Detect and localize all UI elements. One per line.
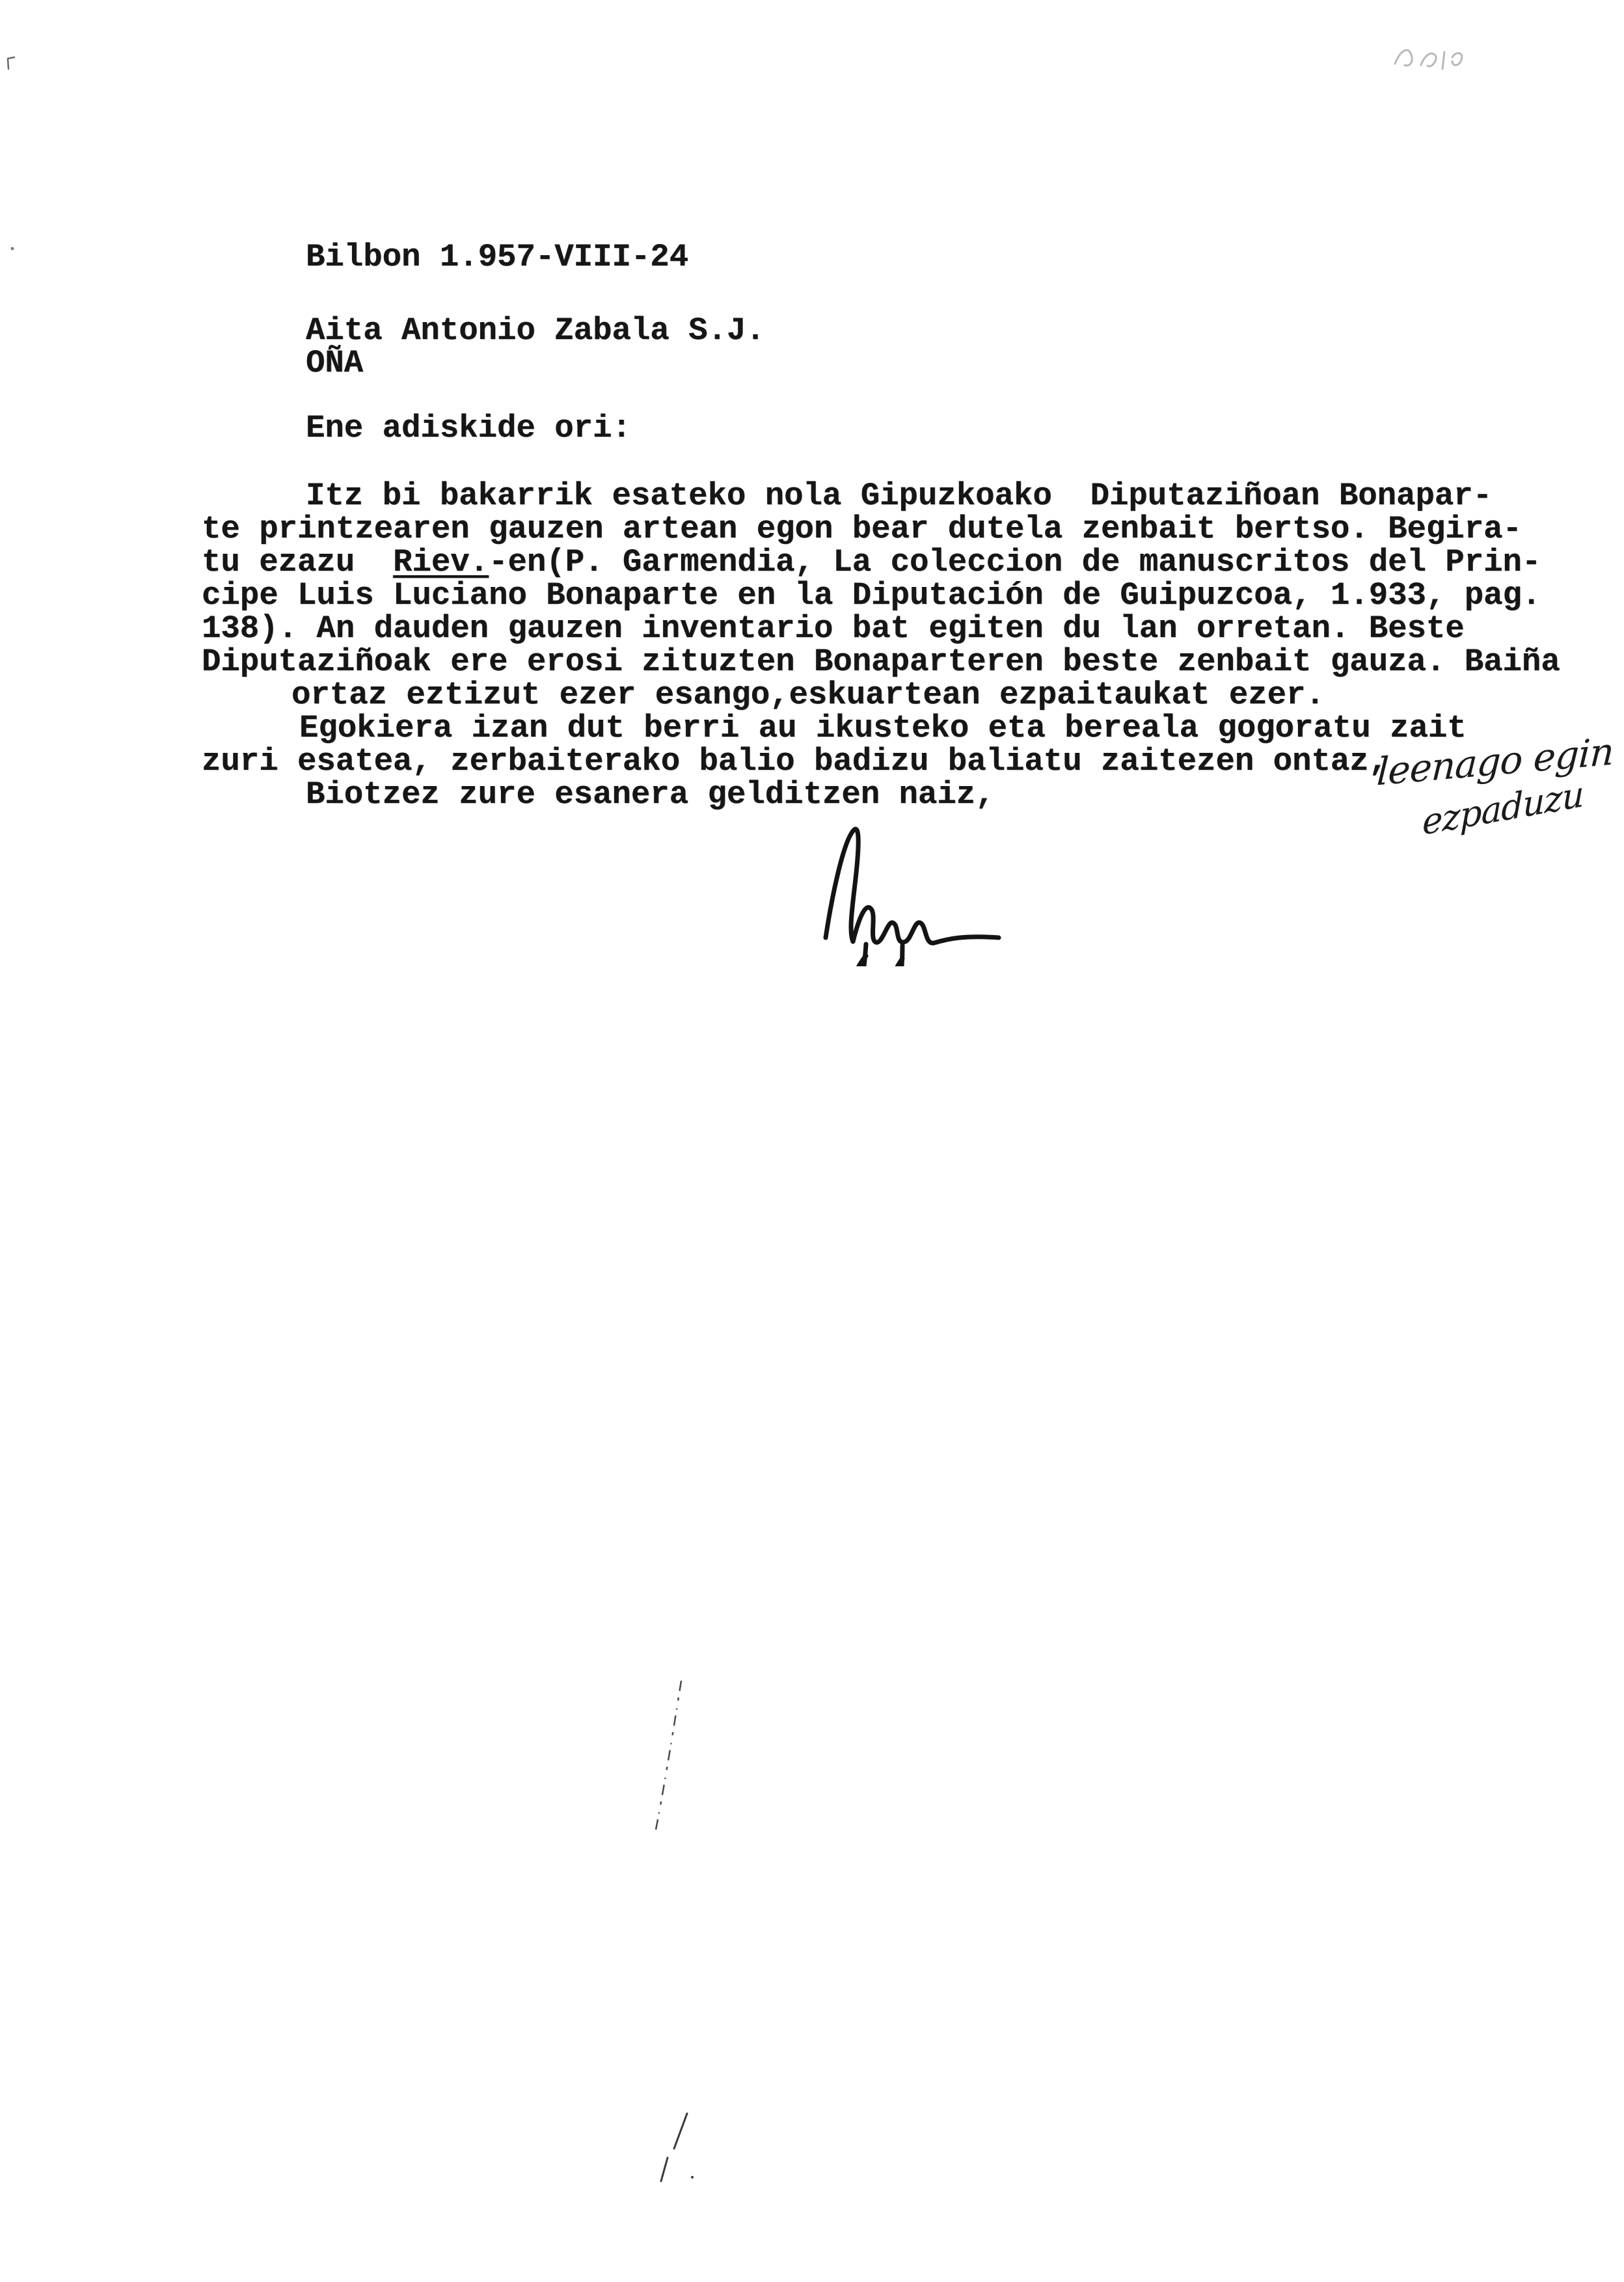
date-line: Bilbon 1.957-VIII-24 — [306, 241, 688, 274]
scan-speck — [8, 243, 20, 255]
pencil-mark — [1391, 36, 1482, 78]
closing-line: Biotzez zure esanera gelditzen naiz, — [306, 778, 995, 811]
body-line-segment: -en(P. Garmendia, La coleccion de manusc… — [489, 544, 1541, 580]
recipient-name: Aita Antonio Zabala S.J. — [306, 314, 765, 347]
body-line-segment: tu ezazu — [202, 544, 393, 580]
scratch-mark — [644, 2108, 716, 2199]
underlined-reference: Riev. — [393, 544, 489, 580]
body-line: tu ezazu Riev.-en(P. Garmendia, La colec… — [202, 546, 1541, 579]
salutation: Ene adiskide ori: — [306, 412, 631, 445]
body-line: zuri esatea, zerbaiterako balio badizu b… — [202, 745, 1388, 778]
body-line: 138). An dauden gauzen inventario bat eg… — [202, 612, 1465, 645]
scanned-letter-page: Bilbon 1.957-VIII-24 Aita Antonio Zabala… — [0, 0, 1624, 2282]
body-line: ortaz eztizut ezer esango,eskuartean ezp… — [291, 679, 1325, 712]
crease-mark — [641, 1676, 693, 1838]
body-line: Egokiera izan dut berri au ikusteko eta … — [299, 712, 1467, 745]
body-line: te printzearen gauzen artean egon bear d… — [202, 513, 1522, 546]
body-line: Diputaziñoak ere erosi zituzten Bonapart… — [202, 645, 1560, 679]
scan-speck — [5, 55, 22, 74]
body-line: Itz bi bakarrik esateko nola Gipuzkoako … — [306, 480, 1492, 513]
signature — [804, 817, 1012, 966]
body-line: cipe Luis Luciano Bonaparte en la Diputa… — [202, 579, 1541, 612]
recipient-place: OÑA — [306, 347, 363, 380]
